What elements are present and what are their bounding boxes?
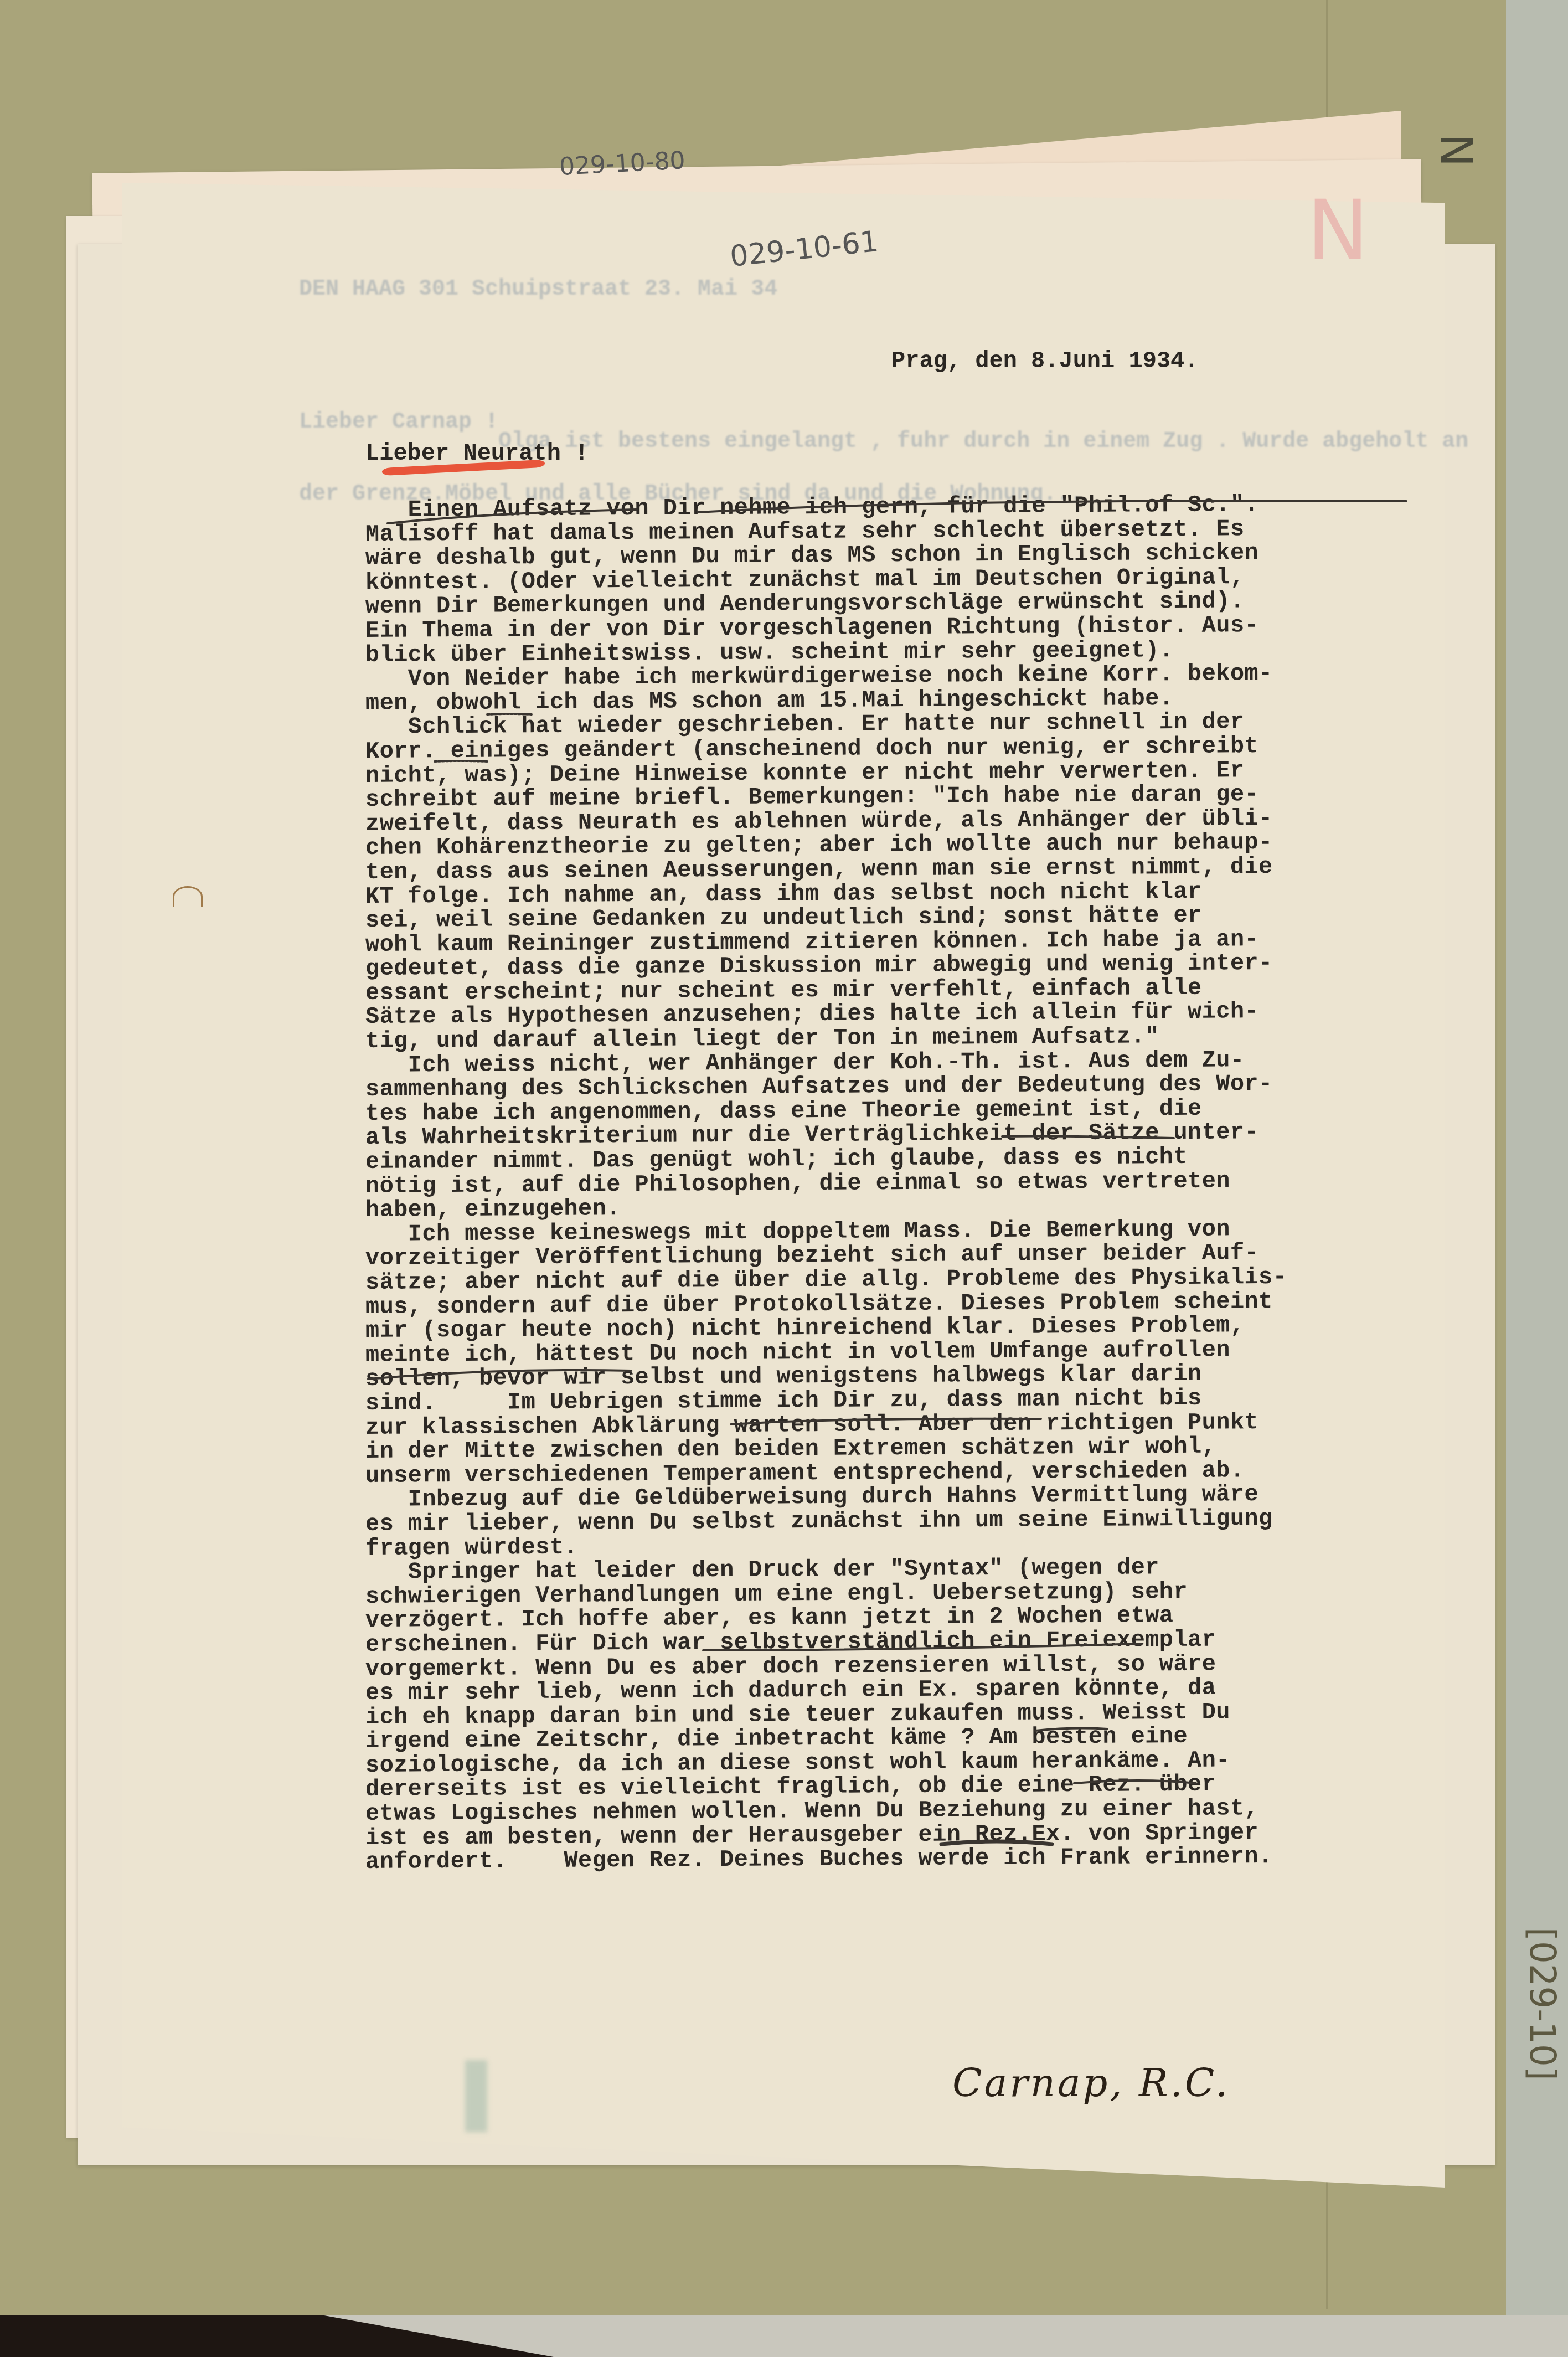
bleed-through-salutation: Lieber Carnap ! bbox=[299, 410, 498, 435]
folder-label: [029-10] bbox=[1521, 1927, 1562, 2081]
punch-hole bbox=[173, 886, 203, 907]
handwritten-signature: Carnap, R.C. bbox=[952, 2060, 1230, 2106]
bleed-through-line: Olga ist bestens eingelangt , fuhr durch… bbox=[498, 429, 1468, 454]
date-line: Prag, den 8.Juni 1934. bbox=[891, 348, 1199, 374]
red-pencil-mark: N bbox=[1307, 183, 1369, 279]
bleed-through-header: DEN HAAG 301 Schuipstraat 23. Mai 34 bbox=[299, 277, 777, 302]
ink-stain bbox=[465, 2060, 487, 2132]
letter-body: Einen Aufsatz von Dir nehme ich gern, fü… bbox=[365, 498, 1473, 1875]
body-line: anfordert. Wegen Rez. Deines Buches werd… bbox=[365, 1844, 1473, 1875]
folder-mark: N bbox=[1430, 134, 1482, 167]
